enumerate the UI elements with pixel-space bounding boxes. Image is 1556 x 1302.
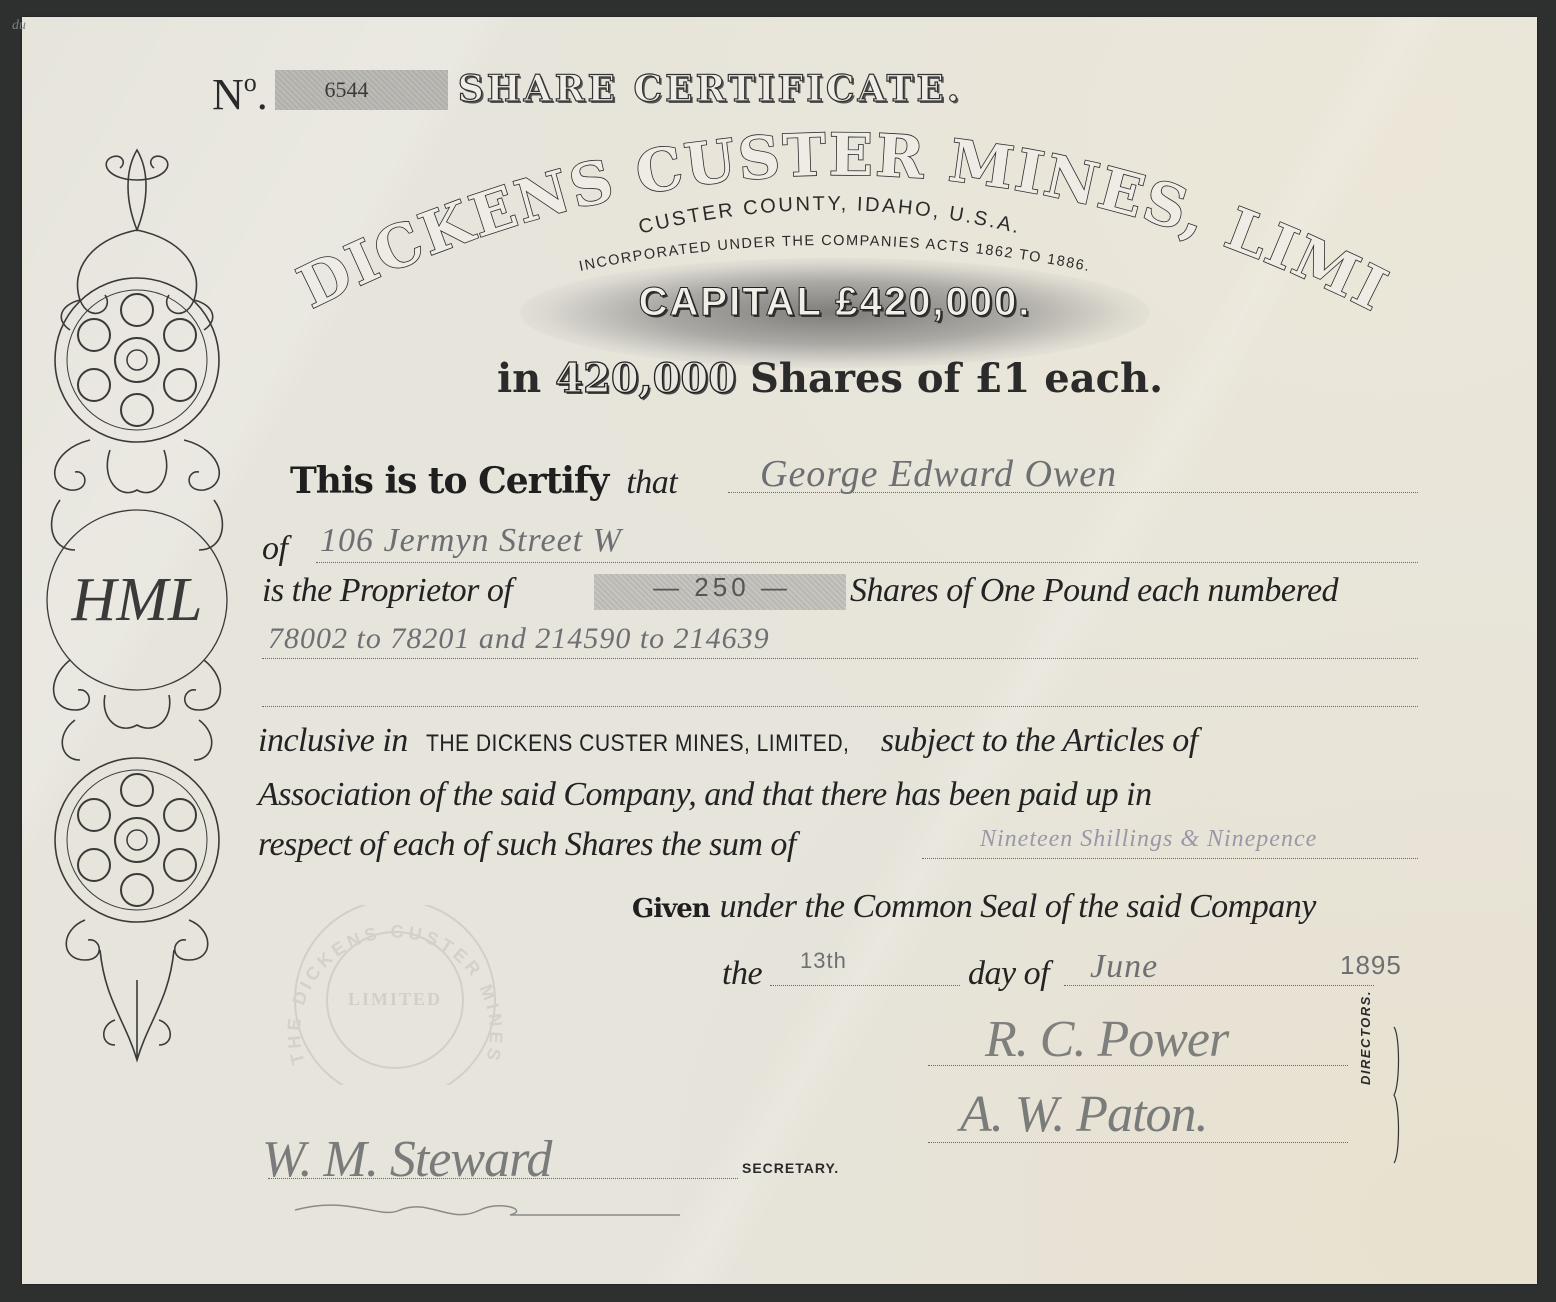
inclusive-in: inclusive in — [258, 722, 408, 759]
company-name-inline: THE DICKENS CUSTER MINES, LIMITED, — [426, 730, 849, 758]
certificate-number-label: No. — [212, 68, 268, 120]
decorative-ornament-column: HML — [30, 120, 245, 1100]
svg-text:CUSTER COUNTY, IDAHO, U.S.A.: CUSTER COUNTY, IDAHO, U.S.A. — [636, 193, 1023, 239]
day-line — [770, 985, 960, 986]
secretary-flourish — [290, 1190, 690, 1230]
certificate-heading: SHARE CERTIFICATE. — [410, 68, 1010, 110]
director-1-signature: R. C. Power — [985, 1010, 1228, 1069]
paid-sum: Nineteen Shillings & Ninepence — [980, 826, 1317, 853]
shares-line: in 420,000 Shares of £1 each. — [380, 355, 1280, 402]
paid-sum-line — [922, 858, 1418, 859]
directors-label: DIRECTORS. — [1358, 990, 1373, 1085]
given-rest: under the Common Seal of the said Compan… — [720, 888, 1316, 925]
month-value: June — [1090, 948, 1158, 986]
share-numbers: 78002 to 78201 and 214590 to 214639 — [268, 622, 770, 656]
of-label: of — [262, 530, 287, 568]
shares-description: Shares of One Pound each numbered — [850, 572, 1338, 610]
certify-lead: This is to Certify — [290, 460, 608, 502]
certify-line: This is to Certify that — [290, 460, 677, 502]
monogram: HML — [71, 566, 203, 634]
pencil-note: du — [12, 18, 26, 34]
holder-address: 106 Jermyn Street W — [320, 522, 622, 560]
day-value: 13th — [800, 948, 847, 974]
blank-line — [262, 706, 1418, 707]
director-2-signature: A. W. Paton. — [960, 1085, 1208, 1144]
capital-amount: CAPITAL £420,000. — [520, 280, 1150, 325]
embossed-company-seal: THE DICKENS CUSTER MINES LIMITED — [270, 905, 510, 1085]
respect-line: respect of each of such Shares the sum o… — [258, 826, 796, 864]
that-label: that — [626, 464, 677, 501]
directors-brace — [1392, 1025, 1404, 1165]
subject-to: subject to the Articles of — [881, 722, 1198, 759]
holder-name: George Edward Owen — [760, 452, 1117, 496]
seal-center-text: LIMITED — [348, 989, 442, 1009]
given-lead: Given — [632, 894, 710, 924]
holder-address-line — [316, 562, 1418, 563]
the-label: the — [722, 955, 762, 993]
proprietor-lead: is the Proprietor of — [262, 572, 512, 610]
day-of-label: day of — [968, 955, 1049, 993]
location-text: CUSTER COUNTY, IDAHO, U.S.A. — [636, 193, 1023, 239]
secretary-label: SECRETARY. — [742, 1160, 839, 1176]
given-line: Given under the Common Seal of the said … — [632, 888, 1316, 926]
association-line: Association of the said Company, and tha… — [258, 776, 1152, 814]
year-value: 1895 — [1340, 950, 1402, 981]
inclusive-line: inclusive in THE DICKENS CUSTER MINES, L… — [258, 722, 1198, 760]
share-numbers-line — [262, 658, 1418, 659]
share-count: — 250 — — [598, 572, 846, 603]
secretary-signature: W. M. Steward — [262, 1130, 551, 1189]
